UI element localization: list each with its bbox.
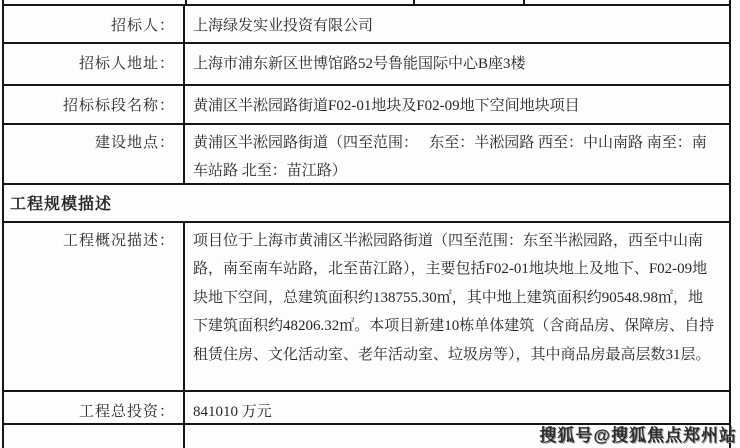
- tender-info-table: 招标人： 上海绿发实业投资有限公司 招标人地址： 上海市浦东新区世博馆路52号鲁…: [2, 4, 731, 448]
- row-label-section-name: 招标标段名称：: [4, 86, 185, 123]
- table-section-header-row: 工程规模描述: [4, 185, 729, 223]
- row-value-bidder-address: 上海市浦东新区世博馆路52号鲁能国际中心B座3楼: [185, 44, 729, 84]
- row-value-bidder: 上海绿发实业投资有限公司: [185, 6, 729, 42]
- table-row-construction-site: 建设地点： 黄浦区半淞园路街道（四至范围： 东至：半淞园路 西至：中山南路 南至…: [4, 125, 729, 185]
- row-value-section-name: 黄浦区半淞园路街道F02-01地块及F02-09地下空间地块项目: [185, 86, 729, 123]
- row-label-bidder-address: 招标人地址：: [4, 44, 185, 84]
- cropped-bottom-label-cell: [4, 425, 185, 448]
- table-row-bidder: 招标人： 上海绿发实业投资有限公司: [4, 6, 729, 44]
- table-row-section-name: 招标标段名称： 黄浦区半淞园路街道F02-01地块及F02-09地下空间地块项目: [4, 86, 729, 125]
- sohu-watermark: 搜狐号@搜狐焦点郑州站: [539, 421, 737, 446]
- row-label-bidder: 招标人：: [4, 6, 185, 42]
- row-value-construction-site: 黄浦区半淞园路街道（四至范围： 东至：半淞园路 西至：中山南路 南至：南车站路 …: [185, 125, 729, 183]
- row-label-total-investment: 工程总投资：: [4, 392, 185, 423]
- row-value-project-overview: 项目位于上海市黄浦区半淞园路街道（四至范围：东至半淞园路，西至中山南路，南至南车…: [185, 223, 729, 390]
- table-row-bidder-address: 招标人地址： 上海市浦东新区世博馆路52号鲁能国际中心B座3楼: [4, 44, 729, 86]
- row-label-construction-site: 建设地点：: [4, 125, 185, 183]
- table-row-project-overview: 工程概况描述： 项目位于上海市黄浦区半淞园路街道（四至范围：东至半淞园路，西至中…: [4, 223, 729, 392]
- row-label-project-overview: 工程概况描述：: [4, 223, 185, 390]
- row-value-total-investment: 841010 万元: [185, 392, 729, 423]
- section-title: 工程规模描述: [4, 185, 112, 221]
- document-page: 招标人： 上海绿发实业投资有限公司 招标人地址： 上海市浦东新区世博馆路52号鲁…: [0, 0, 740, 448]
